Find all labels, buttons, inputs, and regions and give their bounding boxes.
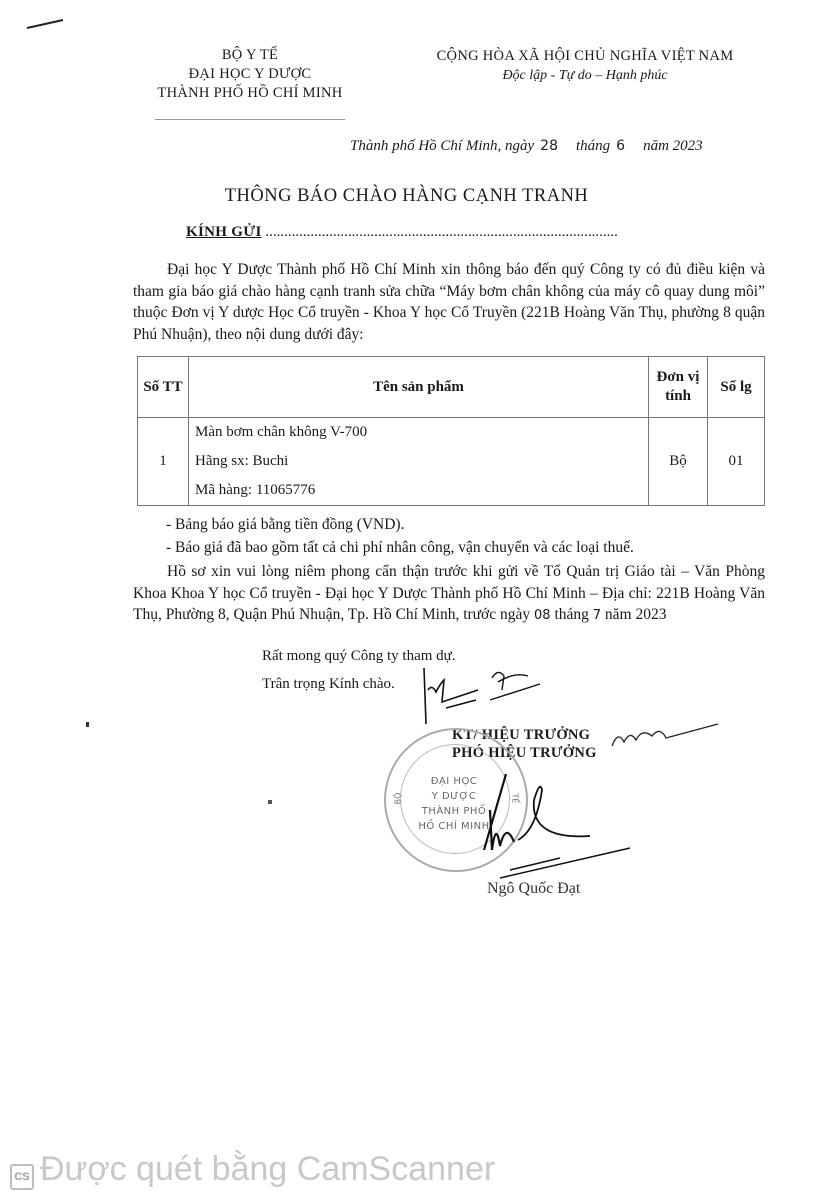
- scan-mark: [25, 18, 65, 32]
- product-manufacturer: Hãng sx: Buchi: [195, 447, 642, 476]
- date-month: 6: [610, 138, 643, 154]
- intro-text: Đại học Y Dược Thành phố Hồ Chí Minh xin…: [133, 261, 765, 343]
- col-stt: Số TT: [138, 357, 189, 418]
- deadline-year: năm 2023: [605, 606, 667, 623]
- date-day: 28: [534, 138, 576, 154]
- camscanner-watermark: CSĐược quét bằng CamScanner: [10, 1150, 495, 1190]
- cell-product: Màn bơm chân không V-700 Hãng sx: Buchi …: [189, 418, 649, 506]
- date-line: Thành phố Hồ Chí Minh, ngày28tháng6năm 2…: [350, 138, 703, 155]
- deadline-month-label: tháng: [554, 606, 588, 623]
- date-prefix: Thành phố Hồ Chí Minh, ngày: [350, 138, 534, 154]
- deadline-day: 08: [534, 608, 551, 623]
- closing-line-2: Trân trọng Kính chào.: [262, 676, 395, 693]
- recipient-line: KÍNH GỬI ...............................…: [186, 224, 618, 241]
- issuer-ministry: BỘ Y TẾ: [100, 46, 400, 65]
- issuer-university: ĐẠI HỌC Y DƯỢC: [100, 65, 400, 84]
- camscanner-icon: CS: [10, 1164, 34, 1190]
- col-product: Tên sản phẩm: [189, 357, 649, 418]
- recipient-label: KÍNH GỬI: [186, 224, 262, 240]
- stamp-left-mark: BỘ: [393, 793, 402, 805]
- national-header: CỘNG HÒA XÃ HỘI CHỦ NGHĨA VIỆT NAM Độc l…: [395, 48, 775, 84]
- col-unit: Đơn vị tính: [649, 357, 708, 418]
- note-currency: - Bảng báo giá bằng tiền đồng (VND).: [166, 516, 404, 534]
- watermark-text: Được quét bằng CamScanner: [40, 1150, 495, 1188]
- product-code: Mã hàng: 11065776: [195, 476, 642, 505]
- date-year: năm 2023: [643, 138, 703, 154]
- recipient-blank: ........................................…: [265, 224, 618, 240]
- issuer-header: BỘ Y TẾ ĐẠI HỌC Y DƯỢC THÀNH PHỐ HỒ CHÍ …: [100, 46, 400, 120]
- product-name: Màn bơm chân không V-700: [195, 418, 642, 447]
- cell-unit: Bộ: [649, 418, 708, 506]
- product-table: Số TT Tên sản phẩm Đơn vị tính Số lg 1 M…: [137, 356, 765, 506]
- intro-paragraph: Đại học Y Dược Thành phố Hồ Chí Minh xin…: [133, 259, 765, 345]
- initials-signature: [418, 660, 548, 730]
- cell-stt: 1: [138, 418, 189, 506]
- signer-name: Ngô Quốc Đạt: [487, 880, 580, 898]
- note-inclusive: - Báo giá đã bao gồm tất cả chi phí nhân…: [166, 539, 634, 557]
- issuer-city: THÀNH PHỐ HỒ CHÍ MINH: [100, 84, 400, 103]
- date-month-label: tháng: [576, 138, 610, 154]
- submission-text: Hồ sơ xin vui lòng niêm phong cẩn thận t…: [133, 563, 765, 623]
- cell-qty: 01: [708, 418, 765, 506]
- national-motto: Độc lập - Tự do – Hạnh phúc: [395, 68, 775, 84]
- deadline-month: 7: [593, 608, 601, 623]
- document-title: THÔNG BÁO CHÀO HÀNG CẠNH TRANH: [0, 186, 813, 207]
- margin-initials: [608, 716, 728, 756]
- col-qty: Số lg: [708, 357, 765, 418]
- national-title: CỘNG HÒA XÃ HỘI CHỦ NGHĨA VIỆT NAM: [395, 48, 775, 65]
- scan-speck: [268, 800, 272, 804]
- table-header-row: Số TT Tên sản phẩm Đơn vị tính Số lg: [138, 357, 765, 418]
- submission-paragraph: Hồ sơ xin vui lòng niêm phong cẩn thận t…: [133, 561, 765, 627]
- scan-speck: [86, 722, 89, 727]
- table-row: 1 Màn bơm chân không V-700 Hãng sx: Buch…: [138, 418, 765, 506]
- header-divider: [155, 119, 345, 120]
